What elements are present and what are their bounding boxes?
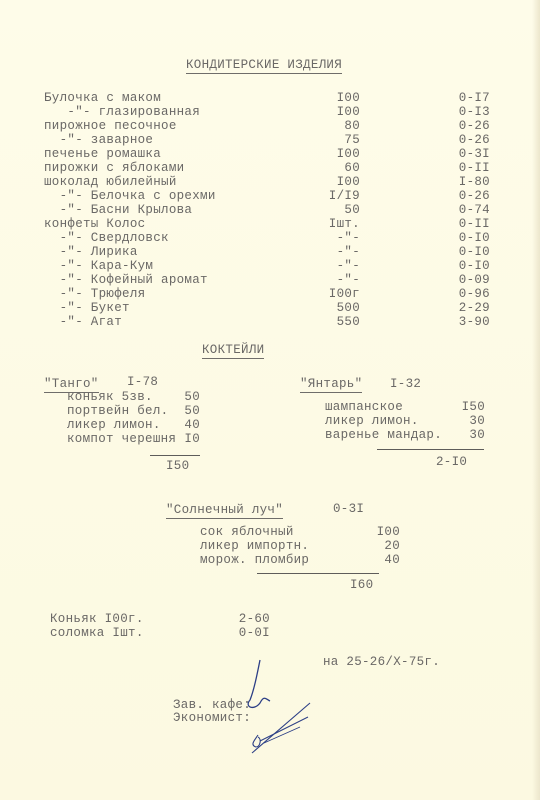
item-price: 0-II [430,217,490,231]
ingredient-quantity: 30 [445,428,485,442]
ingredient-quantity: 40 [360,553,400,567]
paper-edge [532,0,540,800]
item-name: -"- Кара-Кум [44,259,153,273]
item-quantity: I00 [300,105,360,119]
item-price: 0-26 [430,119,490,133]
item-quantity: -"- [300,259,360,273]
tango-price: I-78 [127,375,158,389]
item-quantity: -"- [300,231,360,245]
item-price: 0-26 [430,189,490,203]
item-price: 0-I0 [430,231,490,245]
ingredient-name: ликер импортн. [200,539,309,553]
item-name: пирожки с яблоками [44,161,184,175]
item-quantity: I/I9 [300,189,360,203]
tango-name: "Танго" [44,377,99,391]
ingredient-quantity: 20 [360,539,400,553]
extra-price: 0-0I [230,626,270,640]
ingredient-name: сок яблочный [200,525,294,539]
item-quantity: 500 [300,301,360,315]
ingredient-quantity: I0 [170,432,200,446]
ingredient-quantity: 50 [170,404,200,418]
ingredient-name: компот черешня [67,432,176,446]
item-quantity: I00г [300,287,360,301]
tango-total: I50 [166,459,189,473]
ingredient-quantity: I50 [445,400,485,414]
item-price: 0-74 [430,203,490,217]
item-quantity: 550 [300,315,360,329]
item-name: -"- заварное [44,133,153,147]
sunray-price: 0-3I [333,502,364,516]
item-name: печенье ромашка [44,147,161,161]
item-name: -"- Белочка с орехми [44,189,216,203]
item-quantity: -"- [300,273,360,287]
item-price: 0-09 [430,273,490,287]
ingredient-name: варенье мандар. [325,428,442,442]
item-quantity: I00 [300,147,360,161]
item-price: 0-96 [430,287,490,301]
sunray-name: "Солнечный луч" [166,503,283,517]
yantar-name: "Янтарь" [300,377,362,391]
date-line: на 25-26/X-75г. [323,655,440,669]
extra-price: 2-60 [230,612,270,626]
sunray-name-text: "Солнечный луч" [166,503,283,519]
yantar-price: I-32 [390,377,421,391]
item-price: 0-26 [430,133,490,147]
extra-name: Коньяк I00г. [50,612,144,626]
signature-icon [230,655,320,755]
yantar-name-text: "Янтарь" [300,377,362,393]
item-quantity: 75 [300,133,360,147]
yantar-total: 2-I0 [436,455,467,469]
ingredient-name: шампанское [325,400,403,414]
item-quantity: -"- [300,245,360,259]
item-price: I-80 [430,175,490,189]
ingredient-quantity: 50 [170,390,200,404]
item-price: 0-I3 [430,105,490,119]
item-quantity: 80 [300,119,360,133]
item-price: 0-I7 [430,91,490,105]
item-price: 0-3I [430,147,490,161]
ingredient-name: ликер лимон. [325,414,419,428]
item-name: -"- глазированная [44,105,200,119]
item-price: 0-I0 [430,259,490,273]
item-price: 3-90 [430,315,490,329]
item-quantity: Iшт. [300,217,360,231]
ingredient-name: коньяк 5зв. [67,390,153,404]
item-name: -"- Свердловск [44,231,169,245]
yantar-total-rule [377,449,484,450]
ingredient-name: ликер лимон. [67,418,161,432]
item-name: Булочка с маком [44,91,161,105]
item-name: конфеты Колос [44,217,145,231]
item-quantity: 60 [300,161,360,175]
ingredient-quantity: 40 [170,418,200,432]
item-name: -"- Басни Крылова [44,203,192,217]
confectionery-title: КОНДИТЕРСКИЕ ИЗДЕЛИЯ [186,58,342,74]
item-price: 0-I0 [430,245,490,259]
ingredient-quantity: I00 [360,525,400,539]
item-name: -"- Кофейный аромат [44,273,208,287]
item-name: шоколад юбилейный [44,175,177,189]
extra-name: соломка Iшт. [50,626,144,640]
item-name: -"- Трюфеля [44,287,145,301]
tango-total-rule [150,455,200,456]
item-quantity: 50 [300,203,360,217]
item-quantity: I00 [300,91,360,105]
sunray-total-rule [257,573,379,574]
sunray-total: I60 [350,578,373,592]
cocktails-title: КОКТЕЙЛИ [202,343,264,359]
item-price: 0-II [430,161,490,175]
item-quantity: I00 [300,175,360,189]
item-price: 2-29 [430,301,490,315]
item-name: -"- Букет [44,301,130,315]
item-name: -"- Лирика [44,245,138,259]
ingredient-name: морож. пломбир [200,553,309,567]
ingredient-name: портвейн бел. [67,404,168,418]
ingredient-quantity: 30 [445,414,485,428]
item-name: пирожное песочное [44,119,177,133]
item-name: -"- Агат [44,315,122,329]
